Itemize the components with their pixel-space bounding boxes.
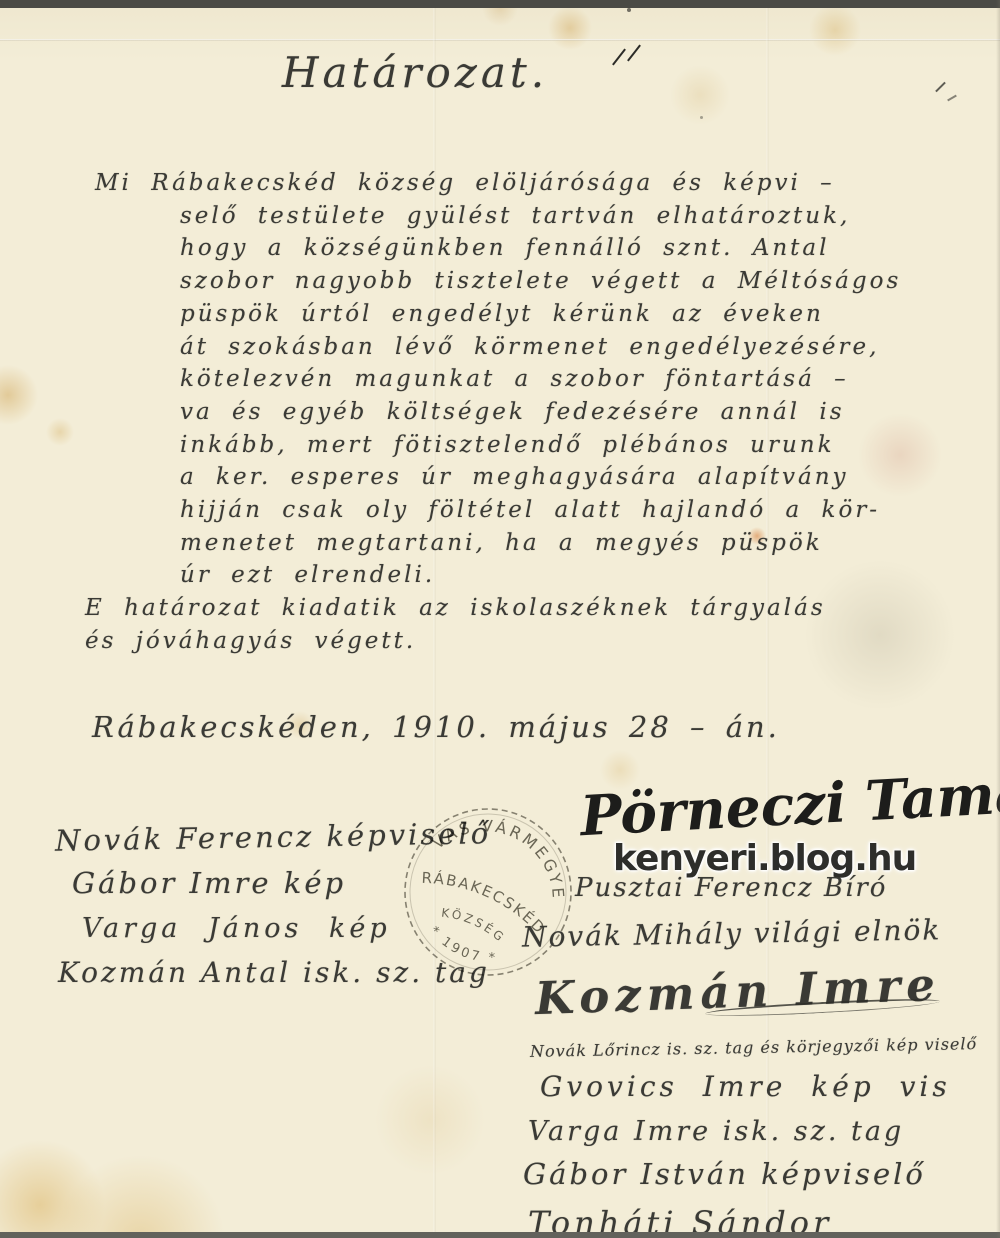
body-line: Mi Rábakecskéd község elöljárósága és ké… <box>95 167 975 200</box>
body-line: menetet megtartani, ha a megyés püspök <box>180 527 975 560</box>
date-line: Rábakecskéden, 1910. május 28 – án. <box>92 710 780 744</box>
signature-right: Varga Imre isk. sz. tag <box>528 1116 904 1147</box>
signature-right: Novák Lőrincz is. sz. tag és körjegyzői … <box>530 1034 977 1061</box>
body-line: inkább, mert fötisztelendő plébános urun… <box>180 429 975 462</box>
body-line: át szokásban lévő körmenet engedélyezésé… <box>180 331 975 364</box>
signature-right: Gábor István képviselő <box>523 1157 926 1191</box>
body-line: püspök úrtól engedélyt kérünk az éveken <box>180 298 975 331</box>
scan-edge-bottom <box>0 1232 1000 1238</box>
ink-mark <box>627 45 641 62</box>
scan-edge-top <box>0 0 1000 8</box>
body-line: úr ezt elrendeli. <box>180 559 975 592</box>
signature-left: Kozmán Antal isk. sz. tag <box>58 956 490 989</box>
body-line: kötelezvén magunkat a szobor föntartásá … <box>180 363 975 396</box>
signature-left: Varga János kép <box>82 913 391 944</box>
body-line: a ker. esperes úr meghagyására alapítván… <box>180 461 975 494</box>
body-line: E határozat kiadatik az iskolaszéknek tá… <box>85 592 975 625</box>
watermark-author-name: Pörneczi Tamás <box>579 761 1000 848</box>
signature-right: Novák Mihály világi elnök <box>522 913 942 953</box>
document-title: Határozat. <box>255 48 575 97</box>
scanned-document-page: Határozat. Mi Rábakecskéd község elöljár… <box>0 0 1000 1238</box>
horizontal-fold-crease <box>0 39 1000 41</box>
signature-left: Gábor Imre kép <box>72 866 346 900</box>
signature-right: Pusztai Ferencz Bíró <box>575 873 887 903</box>
ink-dot <box>627 8 631 12</box>
body-line: selő testülete gyülést tartván elhatároz… <box>180 200 975 233</box>
body-line: szobor nagyobb tisztelete végett a Méltó… <box>180 265 975 298</box>
ink-dot <box>700 116 703 119</box>
body-line: és jóváhagyás végett. <box>85 625 975 658</box>
body-line: hijján csak oly föltétel alatt hajlandó … <box>180 494 975 527</box>
stamp-county-text: VAS VÁRMEGYE <box>425 792 588 908</box>
ink-mark <box>612 49 626 66</box>
body-line: hogy a községünkben fennálló sznt. Antal <box>180 232 975 265</box>
signature-right: Gvovics Imre kép vis <box>540 1070 951 1103</box>
scan-edge-right <box>996 0 1000 1238</box>
ink-mark <box>935 82 946 93</box>
body-line: va és egyéb költségek fedezésére annál i… <box>180 396 975 429</box>
document-body: Mi Rábakecskéd község elöljárósága és ké… <box>85 167 975 658</box>
ink-mark <box>947 95 957 102</box>
